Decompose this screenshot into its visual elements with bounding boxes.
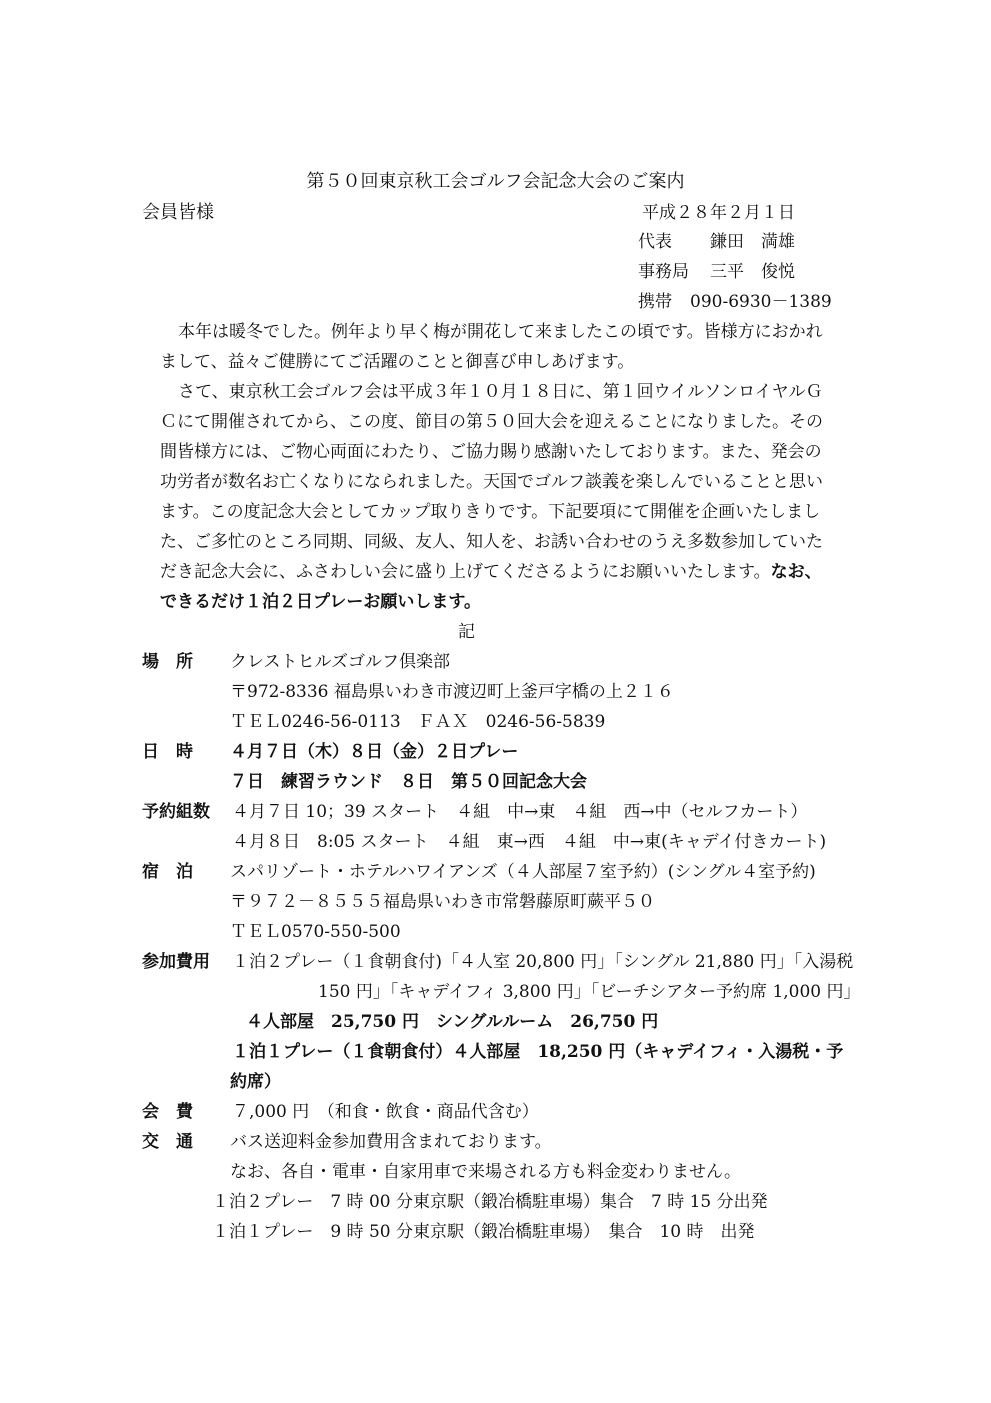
body-line: Ｃにて開催されてから、この度、節目の第５０回大会を迎えることになりました。その (160, 412, 823, 432)
membership-fee-value: ７,000 円 （和食・飲食・商品代含む） (232, 1102, 539, 1122)
body-line: 功労者が数名お亡くなりになられました。天国でゴルフ談義を楽しんでいることと思い (160, 472, 823, 492)
fee-line: １泊１プレー（１食朝食付）４人部屋 18,250 円（キャデイフィ・入湯税・予 (232, 1042, 843, 1062)
transport-schedule: １泊２プレー 7 時 00 分東京駅（鍛冶橋駐車場）集合 7 時 15 分出発 (212, 1192, 768, 1212)
lodging-label: 宿 泊 (142, 862, 193, 882)
mobile-number: 090-6930－1389 (690, 292, 832, 312)
emphasis-text: なお、 (771, 562, 822, 582)
venue-name: クレストヒルズゴルフ倶楽部 (230, 652, 450, 672)
body-line: まして、益々ご健勝にてご活躍のことと御喜び申しあげます。 (160, 352, 634, 372)
body-line: ます。この度記念大会としてカップ取りきりです。下記要項にて開催を企画いたしまし (160, 502, 820, 522)
venue-label: 場 所 (142, 652, 193, 672)
body-line: た、ご多忙のところ同期、同級、友人、知人を、お誘い合わせのうえ多数参加していた (160, 532, 823, 552)
transport-schedule: １泊１プレー 9 時 50 分東京駅（鍛冶橋駐車場） 集合 10 時 出発 (212, 1222, 755, 1242)
ki-marker: 記 (458, 622, 475, 642)
representative-name: 鎌田 満雄 (710, 232, 795, 252)
lodging-phone: ＴＥＬ0570-550-500 (230, 922, 401, 942)
issue-date: 平成２８年２月１日 (642, 203, 795, 223)
datetime-line: ７日 練習ラウンド ８日 第５０回記念大会 (230, 772, 587, 792)
fee-line: 150 円」「キャデイフィ 3,800 円」「ビーチシアター予約席 1,000 … (318, 982, 861, 1002)
lodging-address: 〒９７２－８５５５福島県いわき市常磐藤原町蕨平５０ (230, 892, 655, 912)
mobile-label: 携帯 (638, 292, 672, 312)
fee-line: １泊２プレー（１食朝食付)「４人室 20,800 円」「シングル 21,880 … (232, 952, 853, 972)
transport-line: なお、各自・電車・自家用車で来場される方も料金変わりません。 (230, 1162, 741, 1182)
reservations-label: 予約組数 (142, 802, 210, 822)
venue-address: 〒972-8336 福島県いわき市渡辺町上釜戸字橋の上２１６ (230, 682, 674, 702)
office-label: 事務局 (638, 262, 689, 282)
fees-label: 参加費用 (142, 952, 210, 972)
body-line: だき記念大会に、ふさわしい会に盛り上げてくださるようにお願いいたします。なお、 (160, 562, 822, 582)
transport-label: 交 通 (142, 1132, 193, 1152)
salutation: 会員皆様 (142, 203, 214, 223)
lodging-hotel: スパリゾート・ホテルハワイアンズ（４人部屋７室予約）(シングル４室予約) (230, 862, 816, 882)
datetime-label: 日 時 (142, 742, 193, 762)
fee-line: 約席） (230, 1072, 281, 1092)
reservation-line: ４月７日 10；39 スタート ４組 中→東 ４組 西→中（セルフカート） (232, 802, 807, 822)
membership-fee-label: 会 費 (142, 1102, 193, 1122)
body-line: さて、東京秋工会ゴルフ会は平成３年１０月１８日に、第１回ウイルソンロイヤルＧ (178, 382, 822, 402)
datetime-line: ４月７日（木）８日（金）２日プレー (230, 742, 518, 762)
reservation-line: ４月８日 8:05 スタート ４組 東→西 ４組 中→東(キャデイ付きカート) (232, 832, 826, 852)
office-name: 三平 俊悦 (710, 262, 795, 282)
representative-label: 代表 (638, 232, 672, 252)
venue-phone: ＴＥＬ0246-56-0113 ＦＡＸ 0246-56-5839 (230, 712, 605, 732)
body-text: だき記念大会に、ふさわしい会に盛り上げてくださるようにお願いいたします。 (160, 562, 771, 582)
transport-line: バス送迎料金参加費用含まれております。 (230, 1132, 552, 1152)
emphasis-line: できるだけ１泊２日プレーお願いします。 (160, 592, 481, 612)
fee-total-line: ４人部屋 25,750 円 シングルルーム 26,750 円 (246, 1012, 658, 1032)
document-title: 第５０回東京秋工会ゴルフ会記念大会のご案内 (0, 172, 991, 192)
body-line: 本年は暖冬でした。例年より早く梅が開花して来ましたこの頃です。皆様方におかれ (178, 322, 823, 342)
body-line: 間皆様方には、ご物心両面にわたり、ご協力賜り感謝いたしております。また、発会の (160, 442, 822, 462)
